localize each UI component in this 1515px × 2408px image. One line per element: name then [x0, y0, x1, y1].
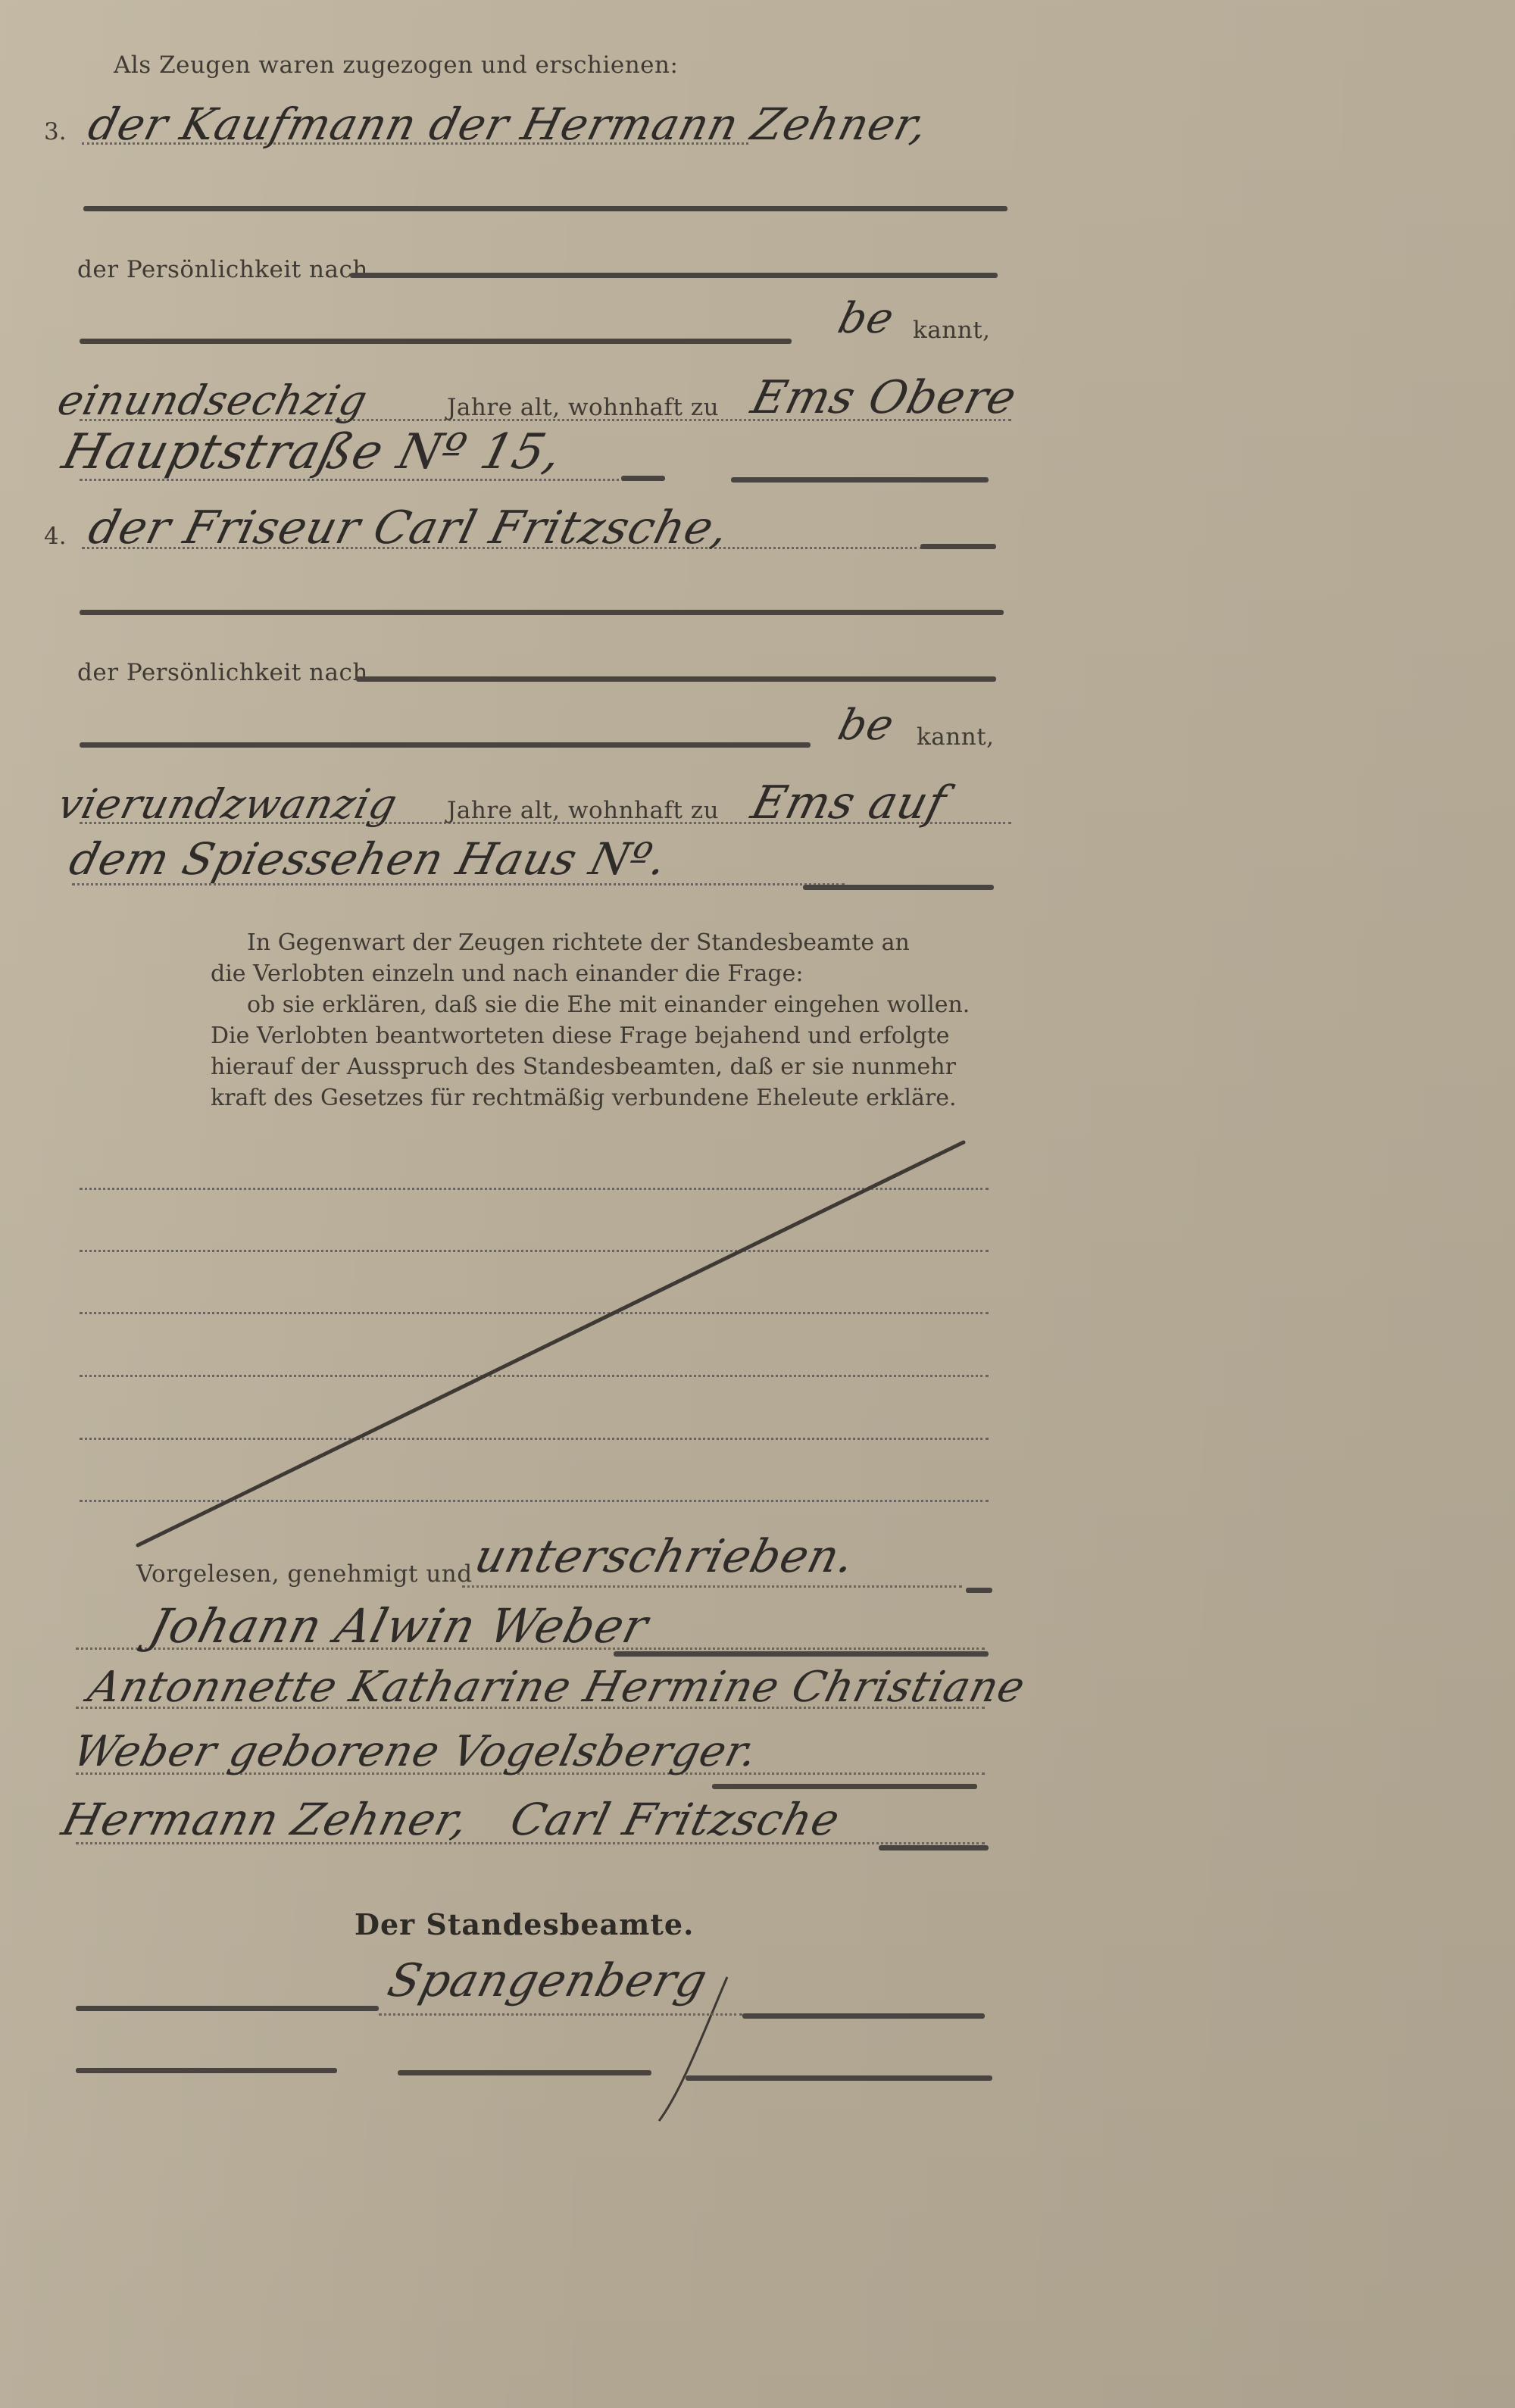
registrar-rule-1b [742, 2013, 985, 2019]
bride-signature-line-1: Antonnette Katharine Hermine Christiane [83, 1663, 1030, 1712]
closing-rule [966, 1588, 992, 1593]
closing-handwritten: unterschrieben. [470, 1530, 861, 1583]
registrar-signature: Spangenberg [383, 1954, 713, 2007]
groom-signature: Johann Alwin Weber [144, 1598, 654, 1654]
closing-dotted-line [462, 1585, 962, 1588]
closing-label: Vorgelesen, genehmigt und [136, 1560, 473, 1588]
witness-signatures: Hermann Zehner, Carl Fritzsche [57, 1794, 845, 1845]
registrar-rule-1a [76, 2006, 379, 2011]
registrar-dotted-line [379, 2013, 742, 2016]
signature-3-rule [712, 1784, 977, 1789]
signature-1-rule [614, 1651, 989, 1657]
bride-signature-line-2: Weber geborene Vogelsberger. [68, 1727, 763, 1776]
registrar-rule-2a [76, 2068, 337, 2073]
registrar-rule-2c [686, 2075, 992, 2081]
signature-4-rule [879, 1845, 989, 1851]
registrar-rule-2b [398, 2070, 651, 2075]
registrar-title: Der Standesbeamte. [355, 1907, 694, 1941]
strike-through-line [0, 0, 1515, 2408]
